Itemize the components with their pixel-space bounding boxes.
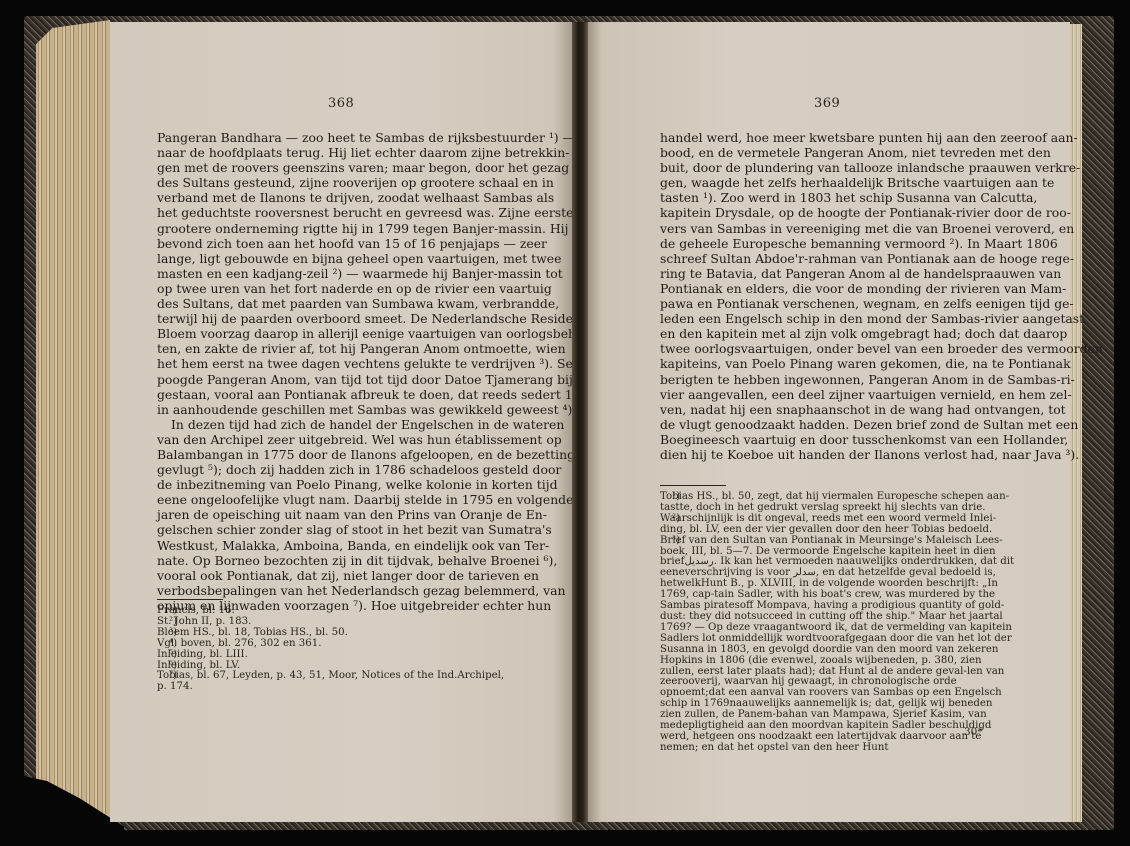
footnote-line: Bloem HS., bl. 18, Tobias HS., bl. 50. [157, 627, 348, 638]
footnote: ²)Waarschijnlijk is dit ongeval, reeds m… [660, 514, 1016, 536]
text-line: poogde Pangeran Anom, van tijd tot tijd … [157, 372, 513, 387]
text-line: leden een Engelsch schip in den mond der… [660, 311, 1016, 326]
text-line: ring te Batavia, dat Pangeran Anom al de… [660, 266, 1016, 281]
footnote-rule [157, 599, 223, 600]
footnote-line: Vgl. boven, bl. 276, 302 en 361. [157, 638, 321, 649]
footnote-line: Brief van den Sultan van Pontianak in Me… [660, 535, 1003, 546]
body-text: handel werd, hoe meer kwetsbare punten h… [660, 130, 1016, 462]
text-line: vers van Sambas in vereeniging met die v… [660, 221, 1016, 236]
text-line: In dezen tijd had zich de handel der Eng… [157, 417, 513, 432]
text-line: buit, door de plundering van tallooze in… [660, 160, 1016, 175]
text-line: kapiteins, van Poelo Pinang waren gekome… [660, 356, 1016, 371]
text-line: in aanhoudende geschillen met Sambas was… [157, 402, 513, 417]
text-line: gelschen schier zonder slag of stoot in … [157, 522, 513, 537]
footnote-number: ⁷) [169, 671, 177, 682]
text-line: ten, en zakte de rivier af, tot hij Pang… [157, 341, 513, 356]
text-line: bevond zich toen aan het hoofd van 15 of… [157, 236, 513, 251]
page-number: 369 [814, 96, 840, 111]
text-line: schreef Sultan Abdoe'r-rahman van Pontia… [660, 251, 1016, 266]
text-line: het hem eerst na twee dagen vechtens gel… [157, 356, 513, 371]
text-line: Bloem voorzag daarop in allerijl eenige … [157, 326, 513, 341]
text-line: ven, nadat hij een snaphaanschot in de w… [660, 402, 1016, 417]
footnotes: ¹)Tobias HS., bl. 50, zegt, dat hij vier… [660, 492, 1016, 754]
text-line: berigten te hebben ingewonnen, Pangeran … [660, 372, 1016, 387]
text-line: gen, waagde het zelfs herhaaldelijk Brit… [660, 175, 1016, 190]
text-line: het geduchtste rooversnest berucht en ge… [157, 205, 513, 220]
text-line: grootere onderneming rigtte hij in 1799 … [157, 221, 513, 236]
text-line: Westkust, Malakka, Amboina, Banda, en ei… [157, 538, 513, 553]
text-line: lange, ligt gebouwde en bijna geheel ope… [157, 251, 513, 266]
text-line: en den kapitein met al zijn volk omgebra… [660, 326, 1016, 341]
text-line: vooral ook Pontianak, dat zij, niet lang… [157, 568, 513, 583]
text-line: de inbezitneming van Poelo Pinang, welke… [157, 477, 513, 492]
text-line: handel werd, hoe meer kwetsbare punten h… [660, 130, 1016, 145]
page-number: 368 [328, 96, 354, 111]
footnote-number: ¹) [672, 492, 680, 503]
text-line: verband met de Ilanons te drijven, zooda… [157, 190, 513, 205]
text-line: pawa en Pontianak verschenen, wegnam, en… [660, 296, 1016, 311]
text-line: terwijl hij de paarden overboord smeet. … [157, 311, 513, 326]
text-line: naar de hoofdplaats terug. Hij liet echt… [157, 145, 513, 160]
text-line: jaren de opeisching uit naam van den Pri… [157, 507, 513, 522]
text-line: Boegineesch vaartuig en door tusschenkom… [660, 432, 1016, 447]
text-line: Balambangan in 1775 door de Ilanons afge… [157, 447, 513, 462]
footnote-number: ²) [672, 514, 680, 525]
page-edges-left [36, 20, 110, 824]
text-line: gen met de roovers geenszins varen; maar… [157, 160, 513, 175]
text-line: de geheele Europesche bemanning vermoord… [660, 236, 1016, 251]
text-line: eene ongeloofelijke vlugt nam. Daarbij s… [157, 492, 513, 507]
footnotes: ¹)Francis, bl. 16.²)St. John II, p. 183.… [157, 606, 513, 693]
text-line: van den Archipel zeer uitgebreid. Wel wa… [157, 432, 513, 447]
body-text: Pangeran Bandhara — zoo heet te Sambas d… [157, 130, 513, 613]
text-line: nate. Op Borneo bezochten zij in dit tij… [157, 553, 513, 568]
text-line: gestaan, vooral aan Pontianak afbreuk te… [157, 387, 513, 402]
text-line: verbodsbepalingen van het Nederlandsch g… [157, 583, 513, 598]
footnote-line: Tobias HS., bl. 50, zegt, dat hij vierma… [660, 491, 1009, 502]
text-line: op twee uren van het fort naderde en op … [157, 281, 513, 296]
footnote: ¹)Tobias HS., bl. 50, zegt, dat hij vier… [660, 492, 1016, 514]
text-line: de vlugt genoodzaakt hadden. Dezen brief… [660, 417, 1016, 432]
signature-mark: 30* [964, 726, 983, 738]
text-line: des Sultans gesteund, zijne rooverijen o… [157, 175, 513, 190]
text-line: bood, en de vermetele Pangeran Anom, nie… [660, 145, 1016, 160]
text-line: masten en een kadjang-zeil ²) — waarmede… [157, 266, 513, 281]
text-line: des Sultans, dat met paarden van Sumbawa… [157, 296, 513, 311]
book-gutter [572, 22, 588, 822]
footnote-line: ding, bl. LV, een der vier gevallen door… [660, 524, 992, 535]
footnote-line: Waarschijnlijk is dit ongeval, reeds met… [660, 513, 996, 524]
footnote-rule [660, 485, 726, 486]
text-line: gevlugt ⁵); doch zij hadden zich in 1786… [157, 462, 513, 477]
footnote: ³)Brief van den Sultan van Pontianak in … [660, 536, 1016, 754]
text-line: Pontianak en elders, die voor de monding… [660, 281, 1016, 296]
text-line: kapitein Drysdale, op de hoogte der Pont… [660, 205, 1016, 220]
text-line: dien hij te Koeboe uit handen der Ilanon… [660, 447, 1016, 462]
footnote: ⁷)Tobias, bl. 67, Leyden, p. 43, 51, Moo… [157, 671, 513, 693]
footnote-line: Tobias, bl. 67, Leyden, p. 43, 51, Moor,… [157, 670, 457, 681]
text-line: twee oorlogsvaartuigen, onder bevel van … [660, 341, 1016, 356]
footnote-number: ³) [672, 536, 680, 547]
text-line: tasten ¹). Zoo werd in 1803 het schip Su… [660, 190, 1016, 205]
text-line: vier aangevallen, een deel zijner vaartu… [660, 387, 1016, 402]
right-page: 369 handel werd, hoe meer kwetsbare punt… [588, 22, 1070, 822]
text-line: Pangeran Bandhara — zoo heet te Sambas d… [157, 130, 513, 145]
footnote-line: tastte, doch in het gedrukt verslag spre… [660, 502, 986, 513]
left-page: 368 Pangeran Bandhara — zoo heet te Samb… [110, 22, 572, 822]
